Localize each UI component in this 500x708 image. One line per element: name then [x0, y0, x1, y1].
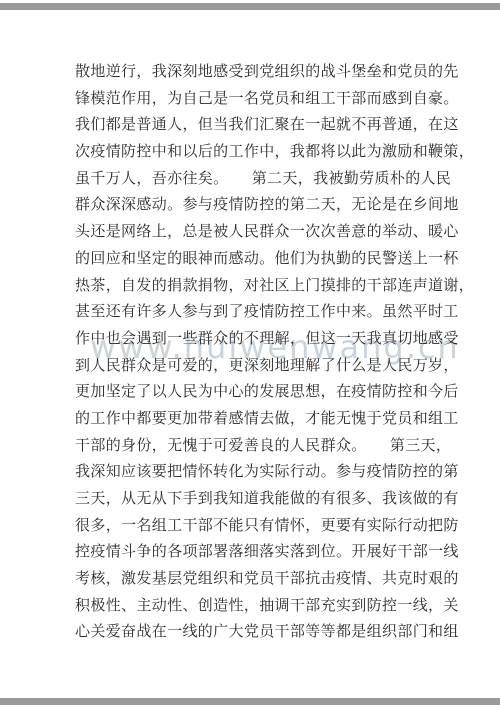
text-line: 甚至还有许多人参与到了疫情防控工作中来。虽然平时工	[75, 299, 445, 326]
text-line: 头还是网络上，总是被人民群众一次次善意的举动、暖心	[75, 219, 445, 246]
text-line: 到人民群众是可爱的，更深刻地理解了什么是人民万岁，	[75, 353, 445, 380]
text-line: 散地逆行，我深刻地感受到党组织的战斗堡垒和党员的先	[75, 59, 445, 86]
text-line: 群众深深感动。参与疫情防控的第二天，无论是在乡间地	[75, 192, 445, 219]
text-line: 控疫情斗争的各项部署落细落实落到位。开展好干部一线	[75, 539, 445, 566]
text-line: 锋模范作用，为自己是一名党员和组工干部而感到自豪。	[75, 86, 445, 113]
text-line: 考核，激发基层党组织和党员干部抗击疫情、共克时艰的	[75, 566, 445, 593]
text-line: 更加坚定了以人民为中心的发展思想，在疫情防控和今后	[75, 379, 445, 406]
text-line: 作中也会遇到一些群众的不理解，但这一天我真切地感受	[75, 326, 445, 353]
bottom-border-bar	[0, 698, 500, 705]
text-line: 虽千万人，吾亦往矣。 第二天，我被勤劳质朴的人民	[75, 166, 445, 193]
document-text: 散地逆行，我深刻地感受到党组织的战斗堡垒和党员的先锋模范作用，为自己是一名党员和…	[75, 59, 445, 646]
document-page: www.huiwenwang.cn 散地逆行，我深刻地感受到党组织的战斗堡垒和党…	[0, 0, 500, 708]
text-line: 我们都是普通人，但当我们汇聚在一起就不再普通，在这	[75, 112, 445, 139]
text-line: 干部的身份，无愧于可爱善良的人民群众。 第三天，	[75, 433, 445, 460]
text-line: 热茶，自发的捐款捐物，对社区上门摸排的干部连声道谢，	[75, 273, 445, 300]
text-line: 三天，从无从下手到我知道我能做的有很多、我该做的有	[75, 486, 445, 513]
text-line: 积极性、主动性、创造性，抽调干部充实到防控一线，关	[75, 593, 445, 620]
text-line: 次疫情防控中和以后的工作中，我都将以此为激励和鞭策，	[75, 139, 445, 166]
text-line: 的回应和坚定的眼神而感动。他们为执勤的民警送上一杯	[75, 246, 445, 273]
top-border-bar	[0, 3, 500, 10]
text-line: 很多，一名组工干部不能只有情怀，更要有实际行动把防	[75, 513, 445, 540]
text-line: 的工作中都要更加带着感情去做，才能无愧于党员和组工	[75, 406, 445, 433]
text-line: 心关爱奋战在一线的广大党员干部等等都是组织部门和组	[75, 619, 445, 646]
text-line: 我深知应该要把情怀转化为实际行动。参与疫情防控的第	[75, 459, 445, 486]
